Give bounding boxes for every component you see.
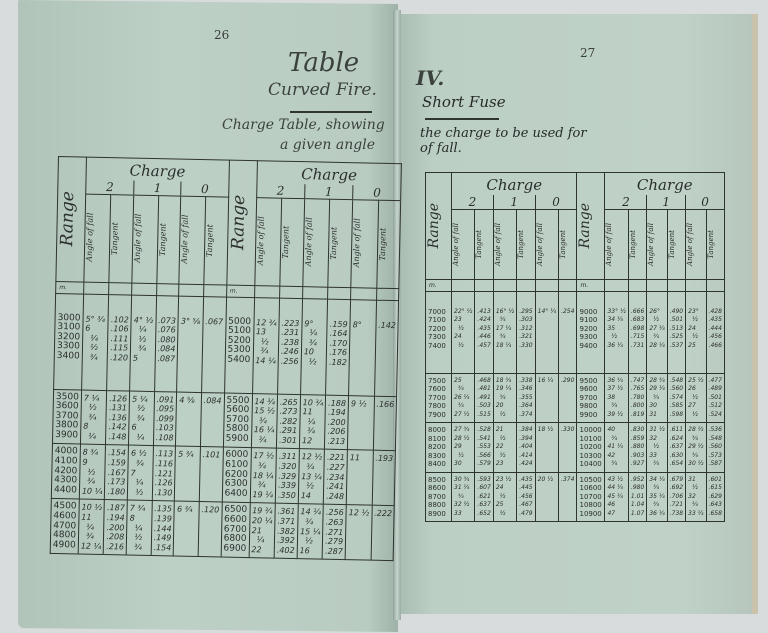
range-header-2: Range xyxy=(577,173,605,280)
short-fuse-charge-table: Range Charge Range Charge 2 1 0 2 1 0 An… xyxy=(425,172,725,522)
tangent-header: Tangent xyxy=(156,195,181,283)
left-caption-line1: Charge Table, showing xyxy=(222,117,385,133)
left-page-number: 26 xyxy=(214,28,229,42)
charge-1-header-b: 1 xyxy=(304,184,353,200)
table-row: 8000 8100 8200 8300 8400 27 ¾ 28 ½ 29 ½ … xyxy=(426,423,725,473)
left-page-title: Table xyxy=(288,48,359,78)
angle-of-fall-header: Angle of fall xyxy=(254,197,281,286)
angle-of-fall-header: Angle of fall xyxy=(351,199,378,288)
unit-label: m. xyxy=(226,285,254,298)
table-row: 3500 3600 3700 3800 3900 7 ¼ ½ ¾ 8 ¼ .12… xyxy=(52,389,396,451)
table-row: 4500 4600 4700 4800 4900 10 ½ 11 ¼ ¾ 12 … xyxy=(50,499,394,561)
charge-1-header-b: 1 xyxy=(647,195,686,210)
tangent-header: Tangent xyxy=(706,209,724,279)
angle-of-fall-header: Angle of fall xyxy=(493,209,516,279)
angle-of-fall-header: Angle of fall xyxy=(132,195,158,283)
title-underline-right xyxy=(425,118,499,120)
tangent-header: Tangent xyxy=(475,209,493,279)
tangent-header: Tangent xyxy=(204,196,229,284)
unit-label: m. xyxy=(56,281,84,294)
title-underline xyxy=(290,111,372,113)
right-page-title: Short Fuse xyxy=(422,93,506,111)
charge-header: Charge xyxy=(86,157,229,182)
tangent-header: Tangent xyxy=(628,209,646,279)
tangent-header: Tangent xyxy=(328,199,353,287)
tangent-header: Tangent xyxy=(376,200,401,288)
table-row: 8500 8600 8700 8800 8900 30 ¾ 31 ¼ ¾ 32 … xyxy=(426,472,725,522)
unit-label: m. xyxy=(426,279,452,291)
charge-0-header: 0 xyxy=(535,195,577,210)
charge-header-2: Charge xyxy=(257,161,402,186)
table-row: 7000 7100 7200 7300 7400 22° ½ 23 ½ 24 ½… xyxy=(426,291,725,373)
angle-of-fall-header: Angle of fall xyxy=(303,198,330,287)
right-caption-line2: of fall. xyxy=(420,141,462,156)
charge-0-header: 0 xyxy=(181,181,228,196)
tangent-header: Tangent xyxy=(559,209,577,279)
range-header-2: Range xyxy=(226,160,257,285)
angle-of-fall-header: Angle of fall xyxy=(84,194,111,283)
tangent-header: Tangent xyxy=(280,198,305,286)
tangent-header: Tangent xyxy=(109,194,134,282)
charge-2-header-b: 2 xyxy=(605,195,647,210)
angle-of-fall-header: Angle of fall xyxy=(605,209,628,279)
table-row: 7500 7600 7700 7800 7900 25 ¾ 26 ¼ ¾ 27 … xyxy=(426,373,725,423)
angle-of-fall-header: Angle of fall xyxy=(647,209,667,279)
tangent-header: Tangent xyxy=(517,209,535,279)
charge-0-header-b: 0 xyxy=(353,185,402,201)
tangent-header: Tangent xyxy=(667,209,685,279)
charge-header-2: Charge xyxy=(605,173,725,195)
right-caption-line1: the charge to be used for xyxy=(420,126,587,141)
charge-1-header: 1 xyxy=(134,180,181,195)
curved-fire-charge-table: Range Charge Range Charge 2 1 0 2 1 0 An… xyxy=(50,156,403,562)
range-header: Range xyxy=(56,157,87,282)
range-header: Range xyxy=(426,173,452,280)
table-row: 4000 4100 4200 4300 4400 8 ¾ 9 ½ ¾ 10 ¼ … xyxy=(51,444,395,506)
section-number: IV. xyxy=(416,66,444,90)
right-page-number: 27 xyxy=(580,46,595,60)
charge-1-header: 1 xyxy=(493,195,535,210)
left-page-subtitle: Curved Fire. xyxy=(268,80,377,100)
table-row: 3000 3100 3200 3300 3400 5° ¾ 6 ¼ ½ ¾ .1… xyxy=(54,293,399,396)
left-caption-line2: a given angle xyxy=(280,137,375,153)
charge-2-header: 2 xyxy=(452,195,494,210)
angle-of-fall-header: Angle of fall xyxy=(452,209,475,279)
charge-0-header-b: 0 xyxy=(686,195,725,210)
unit-label: m. xyxy=(577,279,605,291)
angle-of-fall-header: Angle of fall xyxy=(686,209,706,279)
angle-of-fall-header: Angle of fall xyxy=(535,209,558,279)
angle-of-fall-header: Angle of fall xyxy=(179,196,205,284)
charge-header: Charge xyxy=(452,173,577,195)
charge-2-header: 2 xyxy=(86,179,135,195)
charge-2-header-b: 2 xyxy=(256,183,305,199)
